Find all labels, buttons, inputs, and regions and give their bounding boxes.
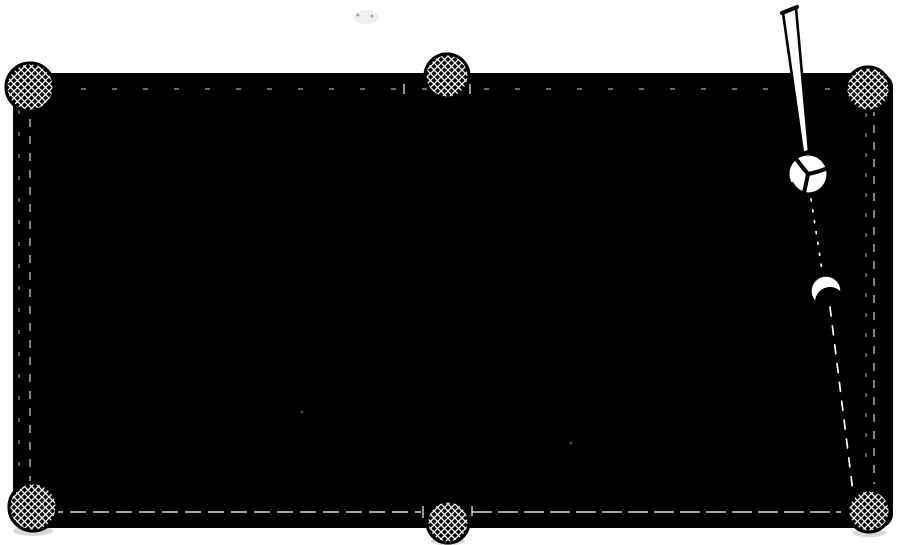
pocket-bottom-right <box>848 490 890 532</box>
pocket-top-middle <box>425 54 469 98</box>
pocket-ball-hatch <box>846 67 890 111</box>
pocket-ball-hatch <box>425 54 469 98</box>
illustration-canvas <box>0 0 900 545</box>
pocket-bottom-middle <box>427 501 469 543</box>
felt-speck <box>301 411 304 414</box>
pocket-bottom-left <box>9 483 57 531</box>
paper-dot <box>357 14 360 17</box>
cue-ball <box>788 154 828 194</box>
table-felt <box>13 73 893 528</box>
paper-smudge <box>353 10 379 24</box>
pocket-top-right <box>846 67 890 111</box>
paper-dot <box>371 15 374 18</box>
felt-speck <box>570 442 573 445</box>
pocket-ball-hatch <box>9 483 57 531</box>
pocket-ball-hatch <box>6 63 54 111</box>
pool-table-illustration <box>0 0 900 545</box>
pocket-ball-hatch <box>427 501 469 543</box>
pocket-top-left <box>6 63 54 111</box>
pocket-ball-hatch <box>848 490 890 532</box>
